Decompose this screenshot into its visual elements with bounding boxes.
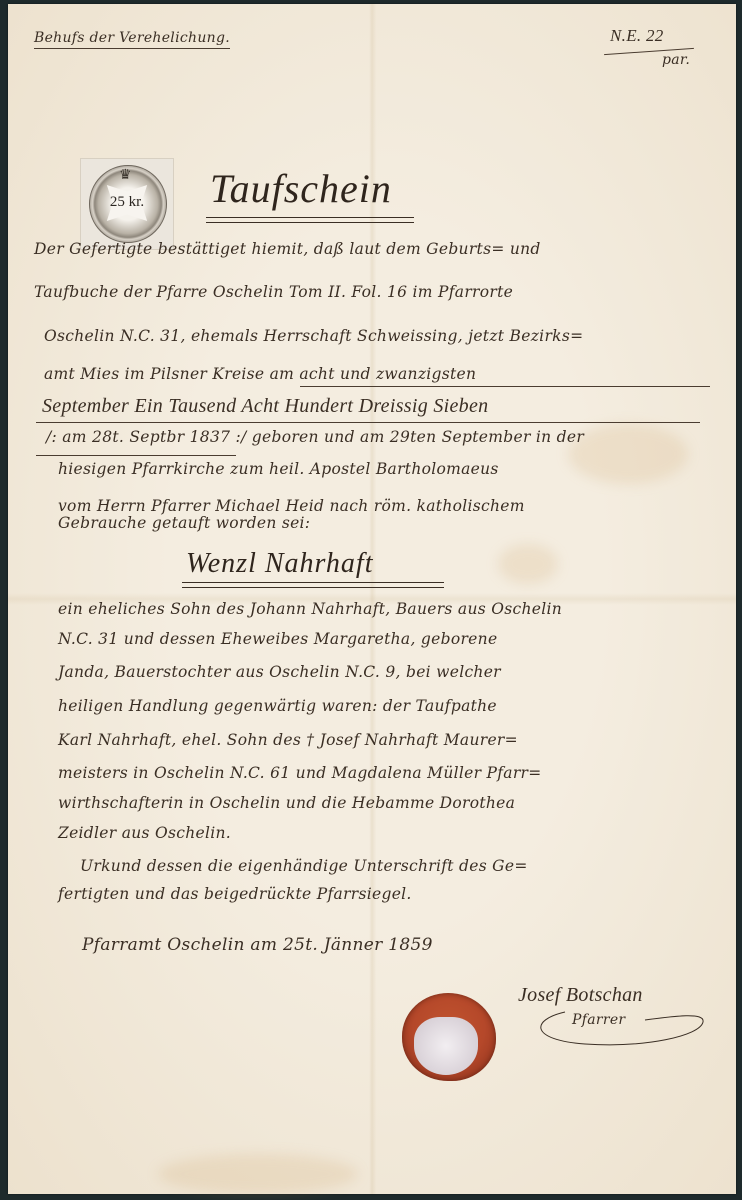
parents-line: meisters in Oschelin N.C. 61 und Magdale… — [58, 764, 542, 782]
body-line: hiesigen Pfarrkirche zum heil. Apostel B… — [58, 460, 499, 478]
body-line: Der Gefertigte bestättiget hiemit, daß l… — [34, 240, 541, 258]
header-purpose-note: Behufs der Verehelichung. — [34, 30, 230, 49]
revenue-stamp: ♛ 25 kr. — [80, 158, 174, 250]
document-title: Taufschein — [210, 165, 392, 212]
parents-line: Zeidler aus Oschelin. — [58, 824, 231, 842]
birth-date-words: September Ein Tausend Acht Hundert Dreis… — [42, 395, 488, 418]
parents-line: wirthschafterin in Oschelin und die Heba… — [58, 794, 515, 812]
parents-line: Karl Nahrhaft, ehel. Sohn des † Josef Na… — [58, 731, 518, 749]
place-date: Pfarramt Oschelin am 25t. Jänner 1859 — [82, 935, 433, 955]
parents-line: N.C. 31 und dessen Eheweibes Margaretha,… — [58, 630, 497, 648]
attestation-line: fertigten und das beigedrückte Pfarrsieg… — [58, 885, 412, 903]
child-name: Wenzl Nahrhaft — [186, 548, 373, 580]
title-underline — [206, 217, 414, 223]
name-underline — [182, 582, 444, 588]
signature-flourish — [525, 1000, 715, 1050]
body-line: Oschelin N.C. 31, ehemals Herrschaft Sch… — [44, 327, 583, 345]
body-line: amt Mies im Pilsner Kreise am acht und z… — [44, 365, 476, 383]
body-line: /: am 28t. Septbr 1837 :/ geboren und am… — [46, 428, 584, 446]
paper-stain — [568, 424, 688, 484]
parents-line: heiligen Handlung gegenwärtig waren: der… — [58, 697, 497, 715]
body-line: Gebrauche getauft worden sei: — [58, 514, 310, 532]
date-words-underline — [300, 386, 710, 387]
body-line: vom Herrn Pfarrer Michael Heid nach röm.… — [58, 497, 525, 515]
paper-stain — [158, 1154, 358, 1194]
body-line: Taufbuche der Pfarre Oschelin Tom II. Fo… — [34, 283, 513, 301]
date-underline — [36, 455, 236, 456]
document-number-sub: par. — [662, 52, 690, 68]
eagle-icon: ♛ — [119, 167, 132, 183]
stamp-value: 25 kr. — [81, 194, 173, 211]
paper-stain — [498, 544, 558, 584]
attestation-line: Urkund dessen die eigenhändige Unterschr… — [80, 857, 528, 875]
parents-line: ein eheliches Sohn des Johann Nahrhaft, … — [58, 600, 562, 618]
date-words-underline — [36, 422, 700, 423]
parents-line: Janda, Bauerstochter aus Oschelin N.C. 9… — [58, 663, 501, 681]
seal-paper-patch — [414, 1017, 478, 1075]
wax-seal — [402, 993, 496, 1081]
document-number: N.E. 22 — [610, 26, 664, 46]
